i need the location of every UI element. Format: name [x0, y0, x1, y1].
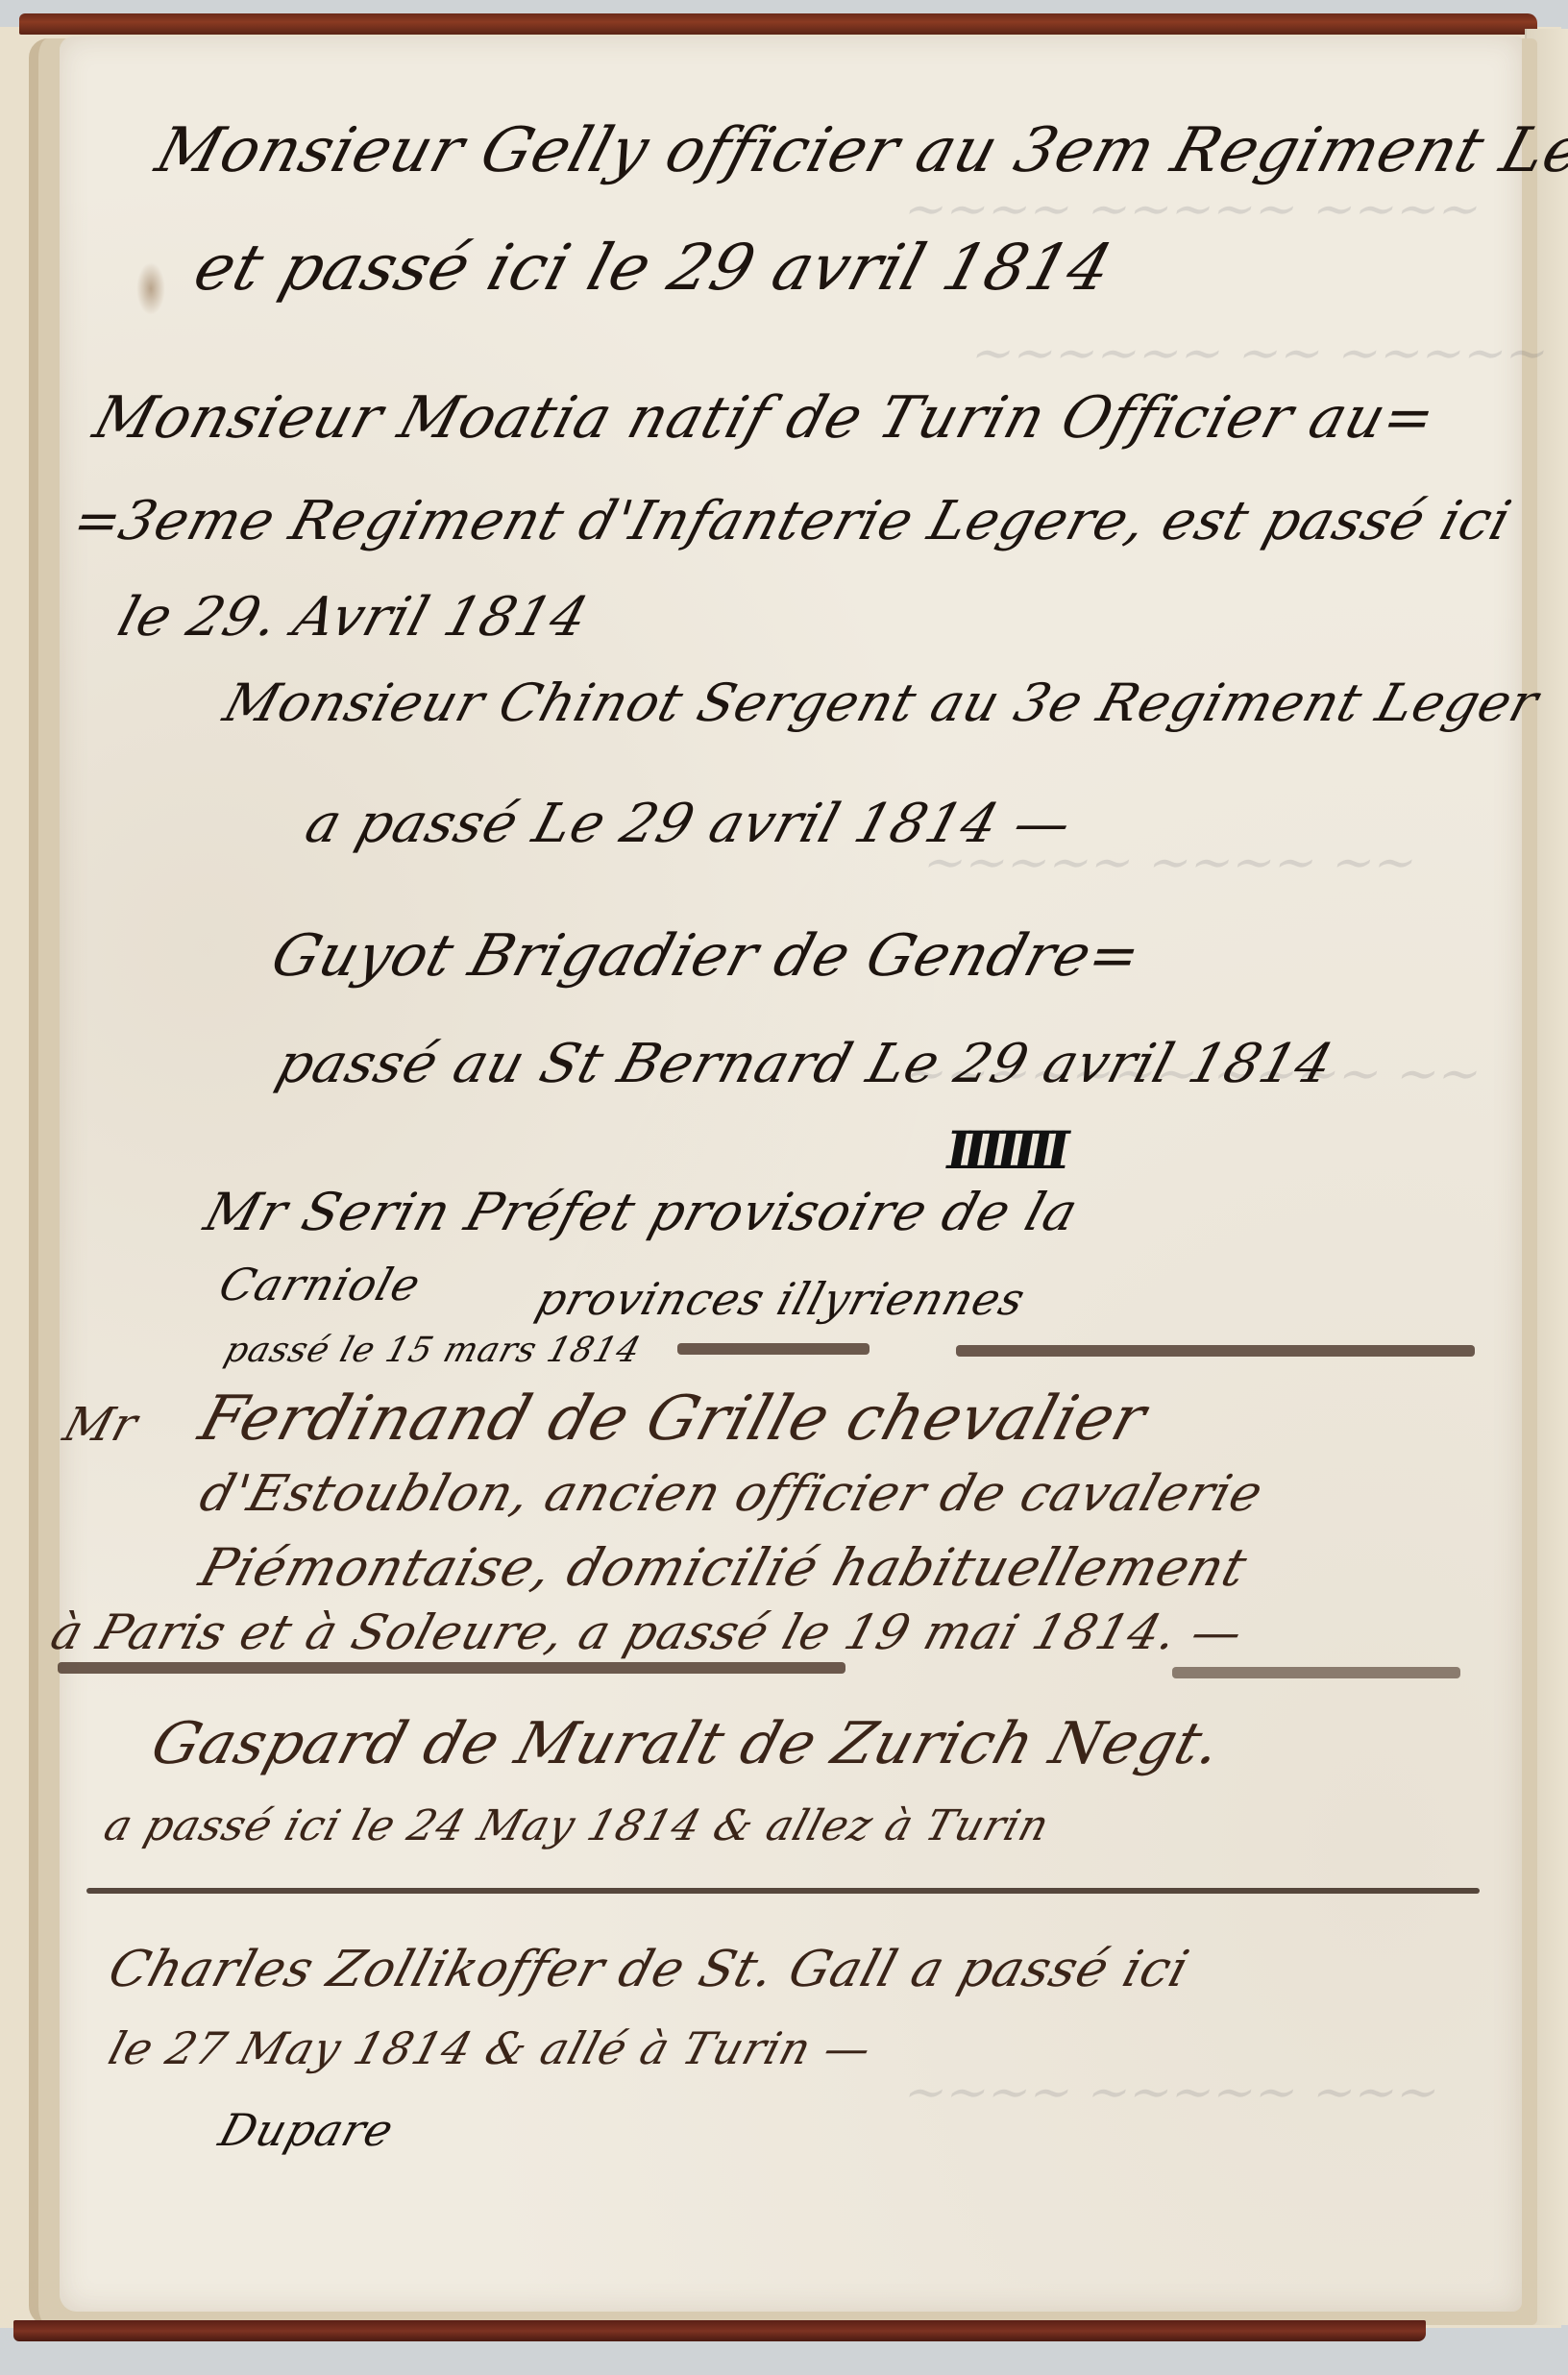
entry-line: a passé ici le 24 May 1814 & allez à Tur…: [99, 1801, 1055, 1850]
entry-line: Carniole: [213, 1259, 427, 1310]
entry-line: Charles Zollikoffer de St. Gall a passé …: [102, 1941, 1195, 1998]
entry-line: passé au St Bernard Le 29 avril 1814: [270, 1033, 1340, 1095]
book-binding-top: [19, 13, 1537, 35]
signature: Dupare: [213, 2104, 400, 2156]
entry-line: d'Estoublon, ancien officier de cavaleri…: [193, 1465, 1269, 1523]
book-binding-bottom: [13, 2320, 1426, 2341]
entry-line: à Paris et à Soleure, a passé le 19 mai …: [45, 1604, 1250, 1660]
entry-line: et passé ici le 29 avril 1814: [186, 231, 1121, 305]
separator-line: [58, 1662, 845, 1674]
entry-line: le 29. Avril 1814: [111, 586, 596, 649]
entry-line: passé le 15 mars 1814: [220, 1331, 646, 1370]
entry-line: a passé Le 29 avril 1814 —: [299, 793, 1079, 855]
entry-line: =3eme Regiment d'Infanterie Legere, est …: [66, 490, 1519, 552]
ink-stain: [136, 262, 165, 315]
entry-line: Mr Serin Préfet provisoire de la: [198, 1182, 1085, 1242]
entry-line: Piémontaise, domicilié habituellement: [193, 1537, 1254, 1598]
tally-marks: IIIIIII: [941, 1119, 1067, 1181]
bleed-through-text: ~~~~ ~~~~~ ~~~~: [898, 181, 1488, 238]
separator-line: [1172, 1667, 1460, 1678]
strike-line: [677, 1343, 870, 1355]
entry-line: Guyot Brigadier de Gendre=: [264, 922, 1149, 990]
bleed-through-text: ~~~~ ~~~~~ ~~~: [898, 2064, 1447, 2121]
entry-line: Monsieur Gelly officier au 3em Regiment …: [148, 115, 1568, 186]
bleed-through-text: ~~~~~~ ~~ ~~~~~: [966, 325, 1556, 382]
entry-line: Monsieur Chinot Sergent au 3e Regiment L…: [217, 673, 1546, 733]
strike-line: [956, 1345, 1475, 1357]
separator-line: [86, 1888, 1480, 1894]
entry-line: Monsieur Moatia natif de Turin Officier …: [86, 384, 1443, 452]
entry-line: Ferdinand de Grille chevalier: [191, 1383, 1154, 1455]
entry-line: le 27 May 1814 & allé à Turin —: [103, 2022, 878, 2074]
entry-line: Gaspard de Muralt de Zurich Negt.: [144, 1710, 1230, 1777]
entry-line: provinces illyriennes: [530, 1273, 1031, 1325]
